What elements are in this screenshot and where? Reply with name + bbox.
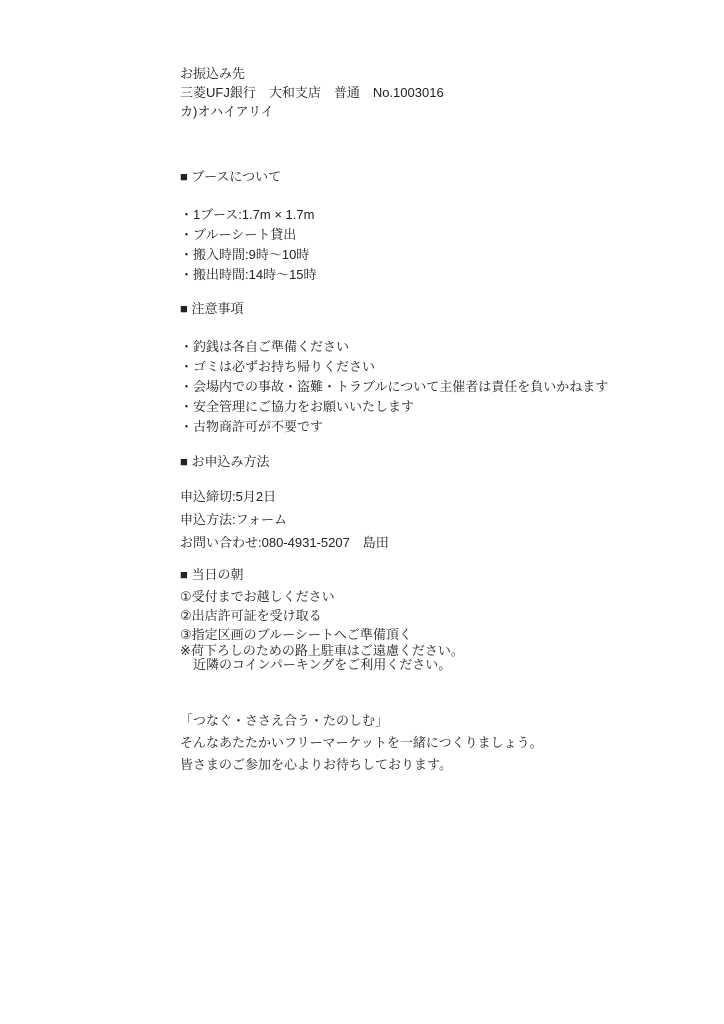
event-day-step: ③指定区画のブルーシートへご準備頂く [180,625,674,644]
booth-item: ・搬入時間:9時～10時 [180,245,674,265]
closing-message: 皆さまのご参加を心よりお待ちしております。 [180,754,674,776]
bank-transfer-heading: お振込み先 [180,64,674,83]
booth-item: ・ブルーシート貸出 [180,225,674,245]
parking-caution-line: 近隣のコインパーキングをご利用ください。 [180,658,674,672]
event-day-step: ①受付までお越しください [180,587,674,606]
booth-section-title: ■ ブースについて [180,167,674,187]
closing-block: 「つなぐ・ささえ合う・たのしむ」 そんなあたたかいフリーマーケットを一緒につくり… [180,710,674,776]
notes-section: ■ 注意事項 ・釣銭は各自ご準備ください ・ゴミは必ずお持ち帰りください ・会場… [180,299,674,437]
account-holder-line: カ)オハイアリイ [180,102,674,121]
notes-section-title: ■ 注意事項 [180,299,674,319]
notes-item: ・会場内での事故・盗難・トラブルについて主催者は責任を負いかねます [180,377,674,397]
event-day-step: ②出店許可証を受け取る [180,606,674,625]
application-method-line: 申込方法:フォーム [180,508,674,531]
event-day-section-title: ■ 当日の朝 [180,565,674,585]
bank-details-line: 三菱UFJ銀行 大和支店 普通 No.1003016 [180,83,674,102]
booth-item: ・搬出時間:14時～15時 [180,265,674,285]
application-section-title: ■ お申込み方法 [180,452,674,472]
notes-item: ・釣銭は各自ご準備ください [180,337,674,357]
bank-transfer-block: お振込み先 三菱UFJ銀行 大和支店 普通 No.1003016 カ)オハイアリ… [180,64,674,121]
application-deadline-line: 申込締切:5月2日 [180,485,674,508]
closing-slogan: 「つなぐ・ささえ合う・たのしむ」 [180,710,674,732]
notes-item: ・安全管理にご協力をお願いいたします [180,397,674,417]
parking-caution-line: ※荷下ろしのための路上駐車はご遠慮ください。 [180,644,674,658]
document-content: お振込み先 三菱UFJ銀行 大和支店 普通 No.1003016 カ)オハイアリ… [180,64,674,776]
notes-item: ・古物商許可が不要です [180,417,674,437]
notes-item: ・ゴミは必ずお持ち帰りください [180,357,674,377]
booth-section: ■ ブースについて ・1ブース:1.7m × 1.7m ・ブルーシート貸出 ・搬… [180,167,674,285]
event-day-section: ■ 当日の朝 ①受付までお越しください ②出店許可証を受け取る ③指定区画のブル… [180,565,674,672]
document-page: お振込み先 三菱UFJ銀行 大和支店 普通 No.1003016 カ)オハイアリ… [0,0,724,1024]
contact-phone-line: お問い合わせ:080-4931-5207 島田 [180,531,674,554]
booth-item: ・1ブース:1.7m × 1.7m [180,205,674,225]
closing-message: そんなあたたかいフリーマーケットを一緒につくりましょう。 [180,732,674,754]
application-section: ■ お申込み方法 申込締切:5月2日 申込方法:フォーム お問い合わせ:080-… [180,452,674,554]
